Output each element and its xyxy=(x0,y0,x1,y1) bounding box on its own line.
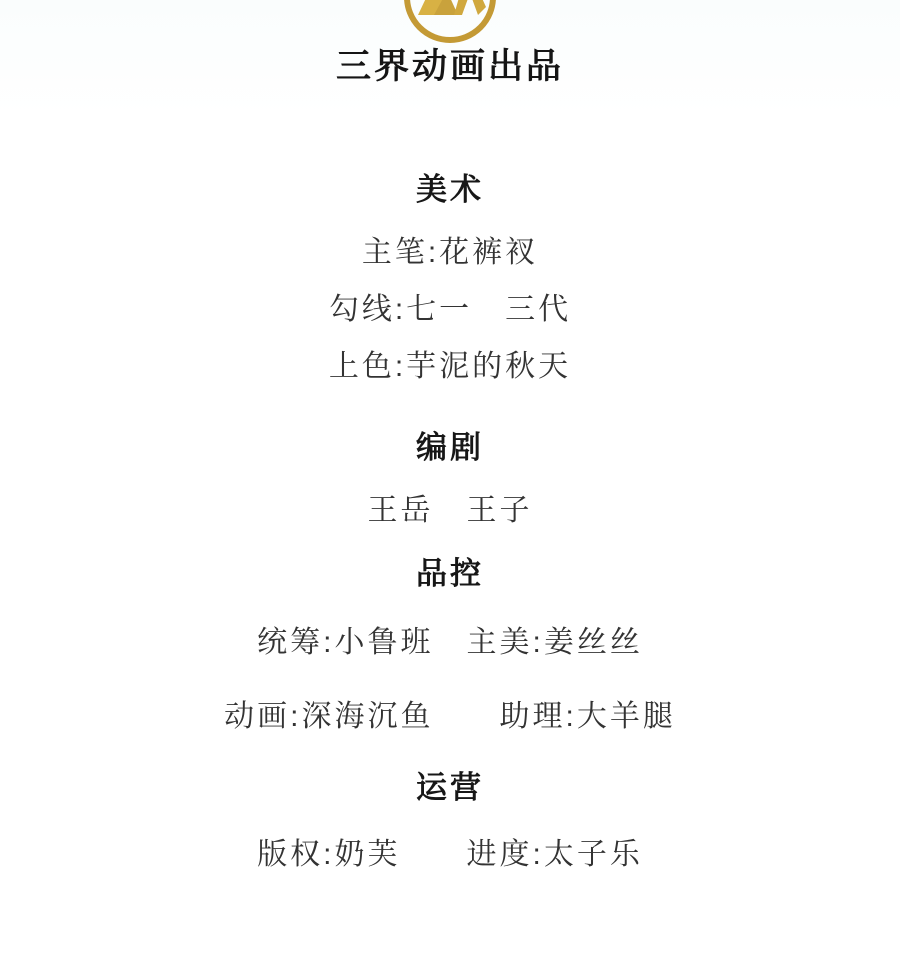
studio-logo xyxy=(402,0,498,45)
credit-line-animation-assistant: 动画:深海沉鱼 助理:大羊腿 xyxy=(0,700,900,735)
credit-line-copyright-progress: 版权:奶芙 进度:太子乐 xyxy=(0,838,900,873)
credit-line-coordination-leadart: 统筹:小鲁班 主美:姜丝丝 xyxy=(0,626,900,661)
credit-line-writers: 王岳 王子 xyxy=(0,494,900,529)
credits-page: 三界动画出品 美术 主笔:花裤衩 勾线:七一 三代 上色:芋泥的秋天 编剧 王岳… xyxy=(0,0,900,964)
section-heading-quality-control: 品控 xyxy=(0,556,900,592)
credit-line-lineart: 勾线:七一 三代 xyxy=(0,293,900,328)
section-heading-screenwriter: 编剧 xyxy=(0,430,900,466)
credit-line-lead-artist: 主笔:花裤衩 xyxy=(0,236,900,271)
credit-line-coloring: 上色:芋泥的秋天 xyxy=(0,350,900,385)
section-heading-operations: 运营 xyxy=(0,770,900,806)
studio-production-title: 三界动画出品 xyxy=(0,47,900,87)
section-heading-art: 美术 xyxy=(0,172,900,208)
gold-ring-mountains-logo-icon xyxy=(402,0,498,45)
